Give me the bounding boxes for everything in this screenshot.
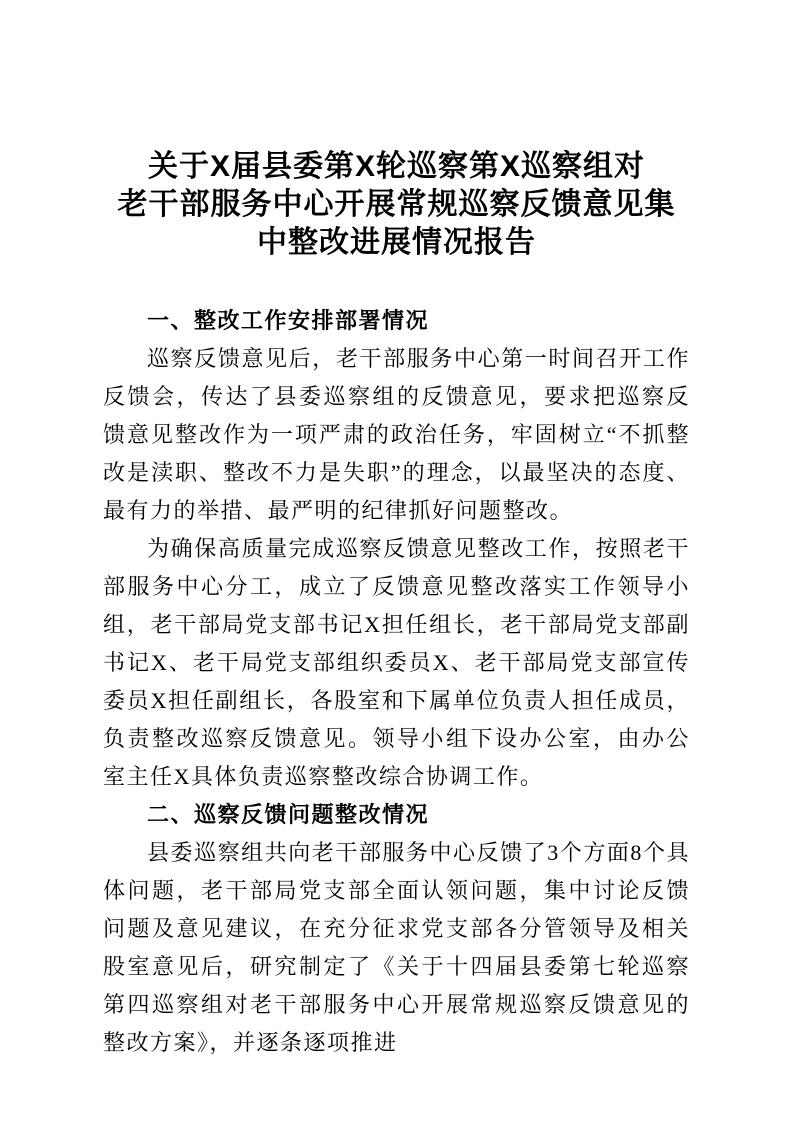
- document-page: 关于X届县委第X轮巡察第X巡察组对 老干部服务中心开展常规巡察反馈意见集 中整改…: [0, 0, 793, 1122]
- title-line-2: 老干部服务中心开展常规巡察反馈意见集: [103, 186, 690, 224]
- paragraph-2: 为确保高质量完成巡察反馈意见整改工作，按照老干部服务中心分工，成立了反馈意见整改…: [103, 530, 690, 796]
- document-title: 关于X届县委第X轮巡察第X巡察组对 老干部服务中心开展常规巡察反馈意见集 中整改…: [103, 148, 690, 262]
- paragraph-1: 巡察反馈意见后，老干部服务中心第一时间召开工作反馈会，传达了县委巡察组的反馈意见…: [103, 340, 690, 530]
- paragraph-3: 县委巡察组共向老干部服务中心反馈了3个方面8个具体问题，老干部局党支部全面认领问…: [103, 834, 690, 1062]
- title-line-1: 关于X届县委第X轮巡察第X巡察组对: [103, 148, 690, 186]
- section-heading-2: 二、巡察反馈问题整改情况: [103, 796, 690, 834]
- section-heading-1: 一、整改工作安排部署情况: [103, 302, 690, 340]
- title-line-3: 中整改进展情况报告: [103, 224, 690, 262]
